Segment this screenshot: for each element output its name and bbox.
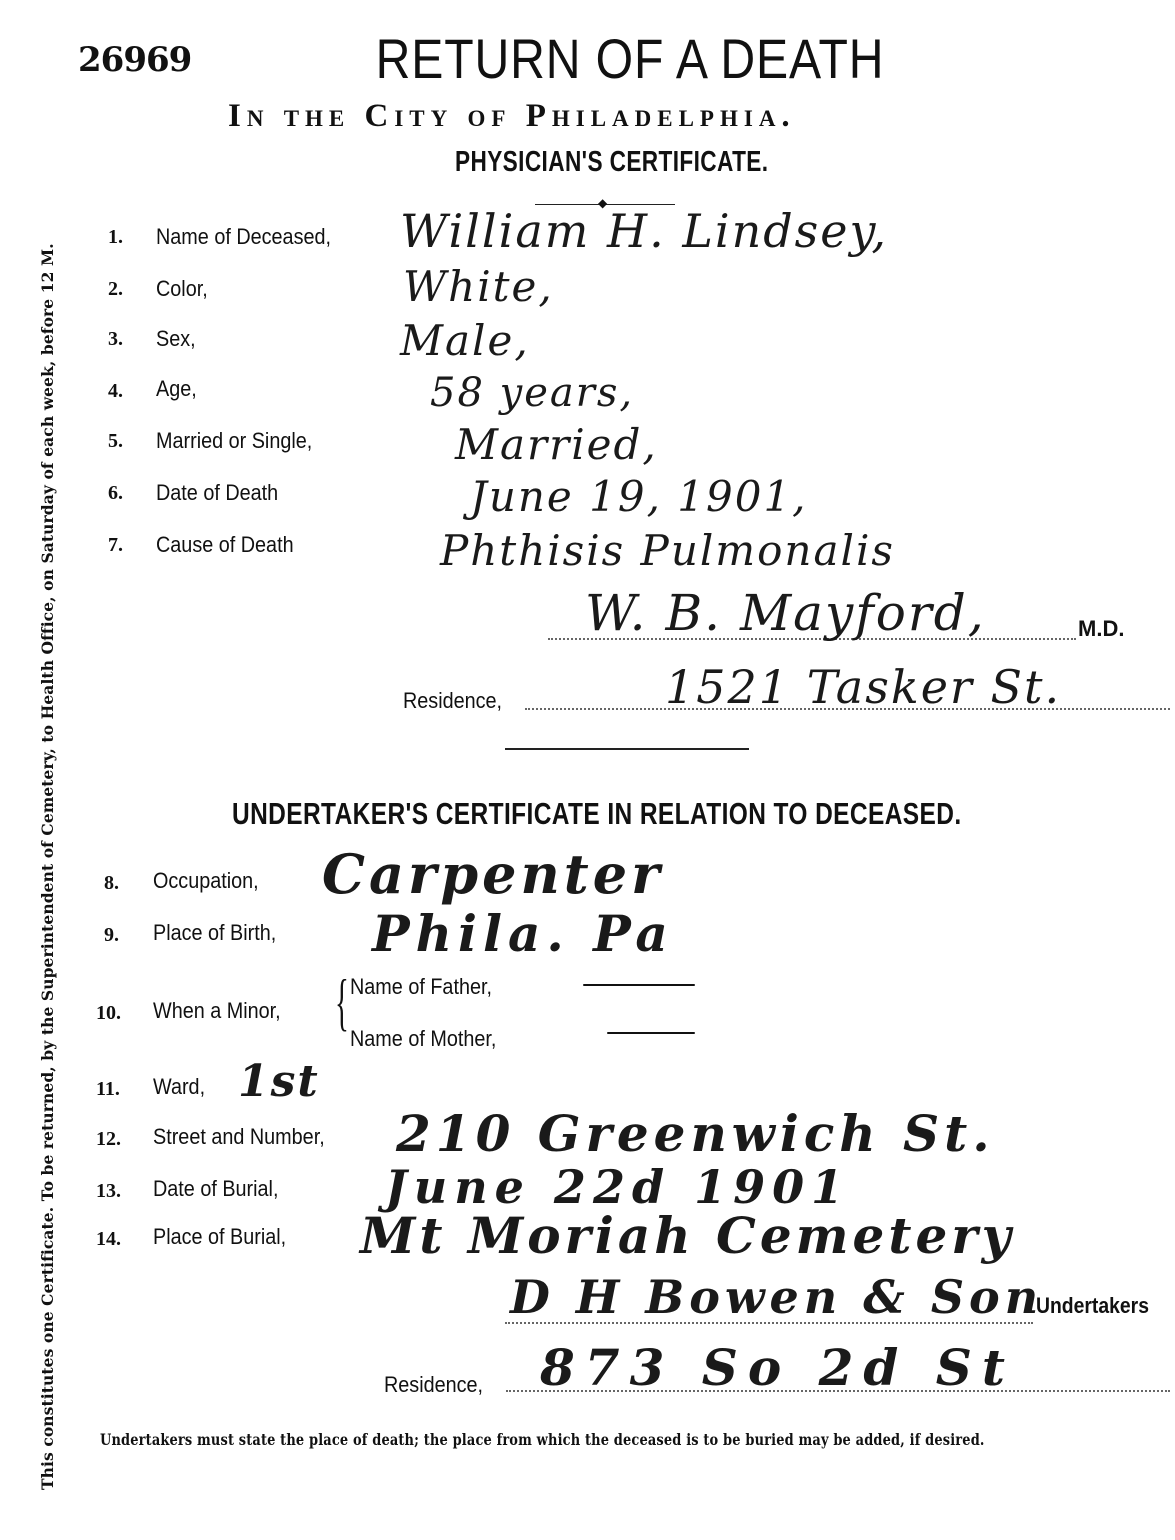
field-label-name: Name of Deceased, xyxy=(156,224,331,250)
section-divider xyxy=(505,748,749,750)
physician-residence: 1521 Tasker St. xyxy=(665,660,1061,714)
field-number: 8. xyxy=(104,872,119,895)
field-label-street-number: Street and Number, xyxy=(153,1124,325,1150)
field-label-mother: Name of Mother, xyxy=(350,1026,496,1052)
physician-signature: W. B. Mayford, xyxy=(585,584,986,642)
field-label-age: Age, xyxy=(156,376,197,402)
physician-certificate-heading: PHYSICIAN'S CERTIFICATE. xyxy=(455,146,768,179)
field-value-ward: 1st xyxy=(238,1056,320,1107)
physician-residence-label: Residence, xyxy=(403,688,502,714)
field-label-when-a-minor: When a Minor, xyxy=(153,998,281,1024)
document-title: RETURN OF A DEATH xyxy=(88,26,1098,91)
field-value-street-number: 210 Greenwich St. xyxy=(396,1104,995,1163)
field-label-date-of-burial: Date of Burial, xyxy=(153,1176,278,1202)
brace-icon: { xyxy=(335,970,349,1034)
undertaker-suffix: Undertakers xyxy=(1036,1293,1149,1319)
field-value-cause-of-death: Phthisis Pulmonalis xyxy=(440,526,895,575)
field-value-mother-dash xyxy=(607,1032,695,1034)
field-number: 1. xyxy=(108,226,123,249)
field-label-father: Name of Father, xyxy=(350,974,492,1000)
field-label-color: Color, xyxy=(156,276,208,302)
undertaker-residence: 873 So 2d St xyxy=(540,1338,1015,1397)
footnote-instruction: Undertakers must state the place of deat… xyxy=(100,1430,985,1449)
field-label-marital-status: Married or Single, xyxy=(156,428,312,454)
field-value-name: William H. Lindsey, xyxy=(400,204,888,258)
field-value-occupation: Carpenter xyxy=(322,842,664,906)
side-instruction-note: This constitutes one Certificate. To be … xyxy=(38,243,57,1490)
field-value-place-of-burial: Mt Moriah Cemetery xyxy=(360,1206,1015,1265)
field-number: 5. xyxy=(108,430,123,453)
field-label-place-of-burial: Place of Burial, xyxy=(153,1224,286,1250)
field-number: 12. xyxy=(96,1128,121,1151)
field-value-sex: Male, xyxy=(400,316,530,365)
field-number: 6. xyxy=(108,482,123,505)
field-value-place-of-birth: Phila. Pa xyxy=(372,904,674,963)
field-label-place-of-birth: Place of Birth, xyxy=(153,920,276,946)
field-number: 9. xyxy=(104,924,119,947)
field-number: 7. xyxy=(108,534,123,557)
undertaker-residence-label: Residence, xyxy=(384,1372,483,1398)
field-value-age: 58 years, xyxy=(430,370,634,416)
field-value-father-dash xyxy=(583,984,695,986)
undertaker-signature: D H Bowen & Son xyxy=(510,1270,1043,1324)
field-number: 3. xyxy=(108,328,123,351)
field-number: 14. xyxy=(96,1228,121,1251)
field-number: 2. xyxy=(108,278,123,301)
field-value-color: White, xyxy=(403,262,554,311)
document-title-text: RETURN OF A DEATH xyxy=(303,26,885,91)
field-label-date-of-death: Date of Death xyxy=(156,480,278,506)
field-number: 10. xyxy=(96,1002,121,1025)
field-label-occupation: Occupation, xyxy=(153,868,259,894)
field-value-marital-status: Married, xyxy=(455,420,658,469)
undertaker-certificate-heading: UNDERTAKER'S CERTIFICATE IN RELATION TO … xyxy=(232,796,962,832)
field-number: 13. xyxy=(96,1180,121,1203)
field-label-ward: Ward, xyxy=(153,1074,205,1100)
field-number: 4. xyxy=(108,380,123,403)
field-number: 11. xyxy=(96,1078,120,1101)
document-subtitle: In the City of Philadelphia. xyxy=(228,98,796,135)
field-label-cause-of-death: Cause of Death xyxy=(156,532,294,558)
field-label-sex: Sex, xyxy=(156,326,196,352)
md-suffix: M.D. xyxy=(1078,616,1124,642)
field-value-date-of-death: June 19, 1901, xyxy=(470,472,808,521)
